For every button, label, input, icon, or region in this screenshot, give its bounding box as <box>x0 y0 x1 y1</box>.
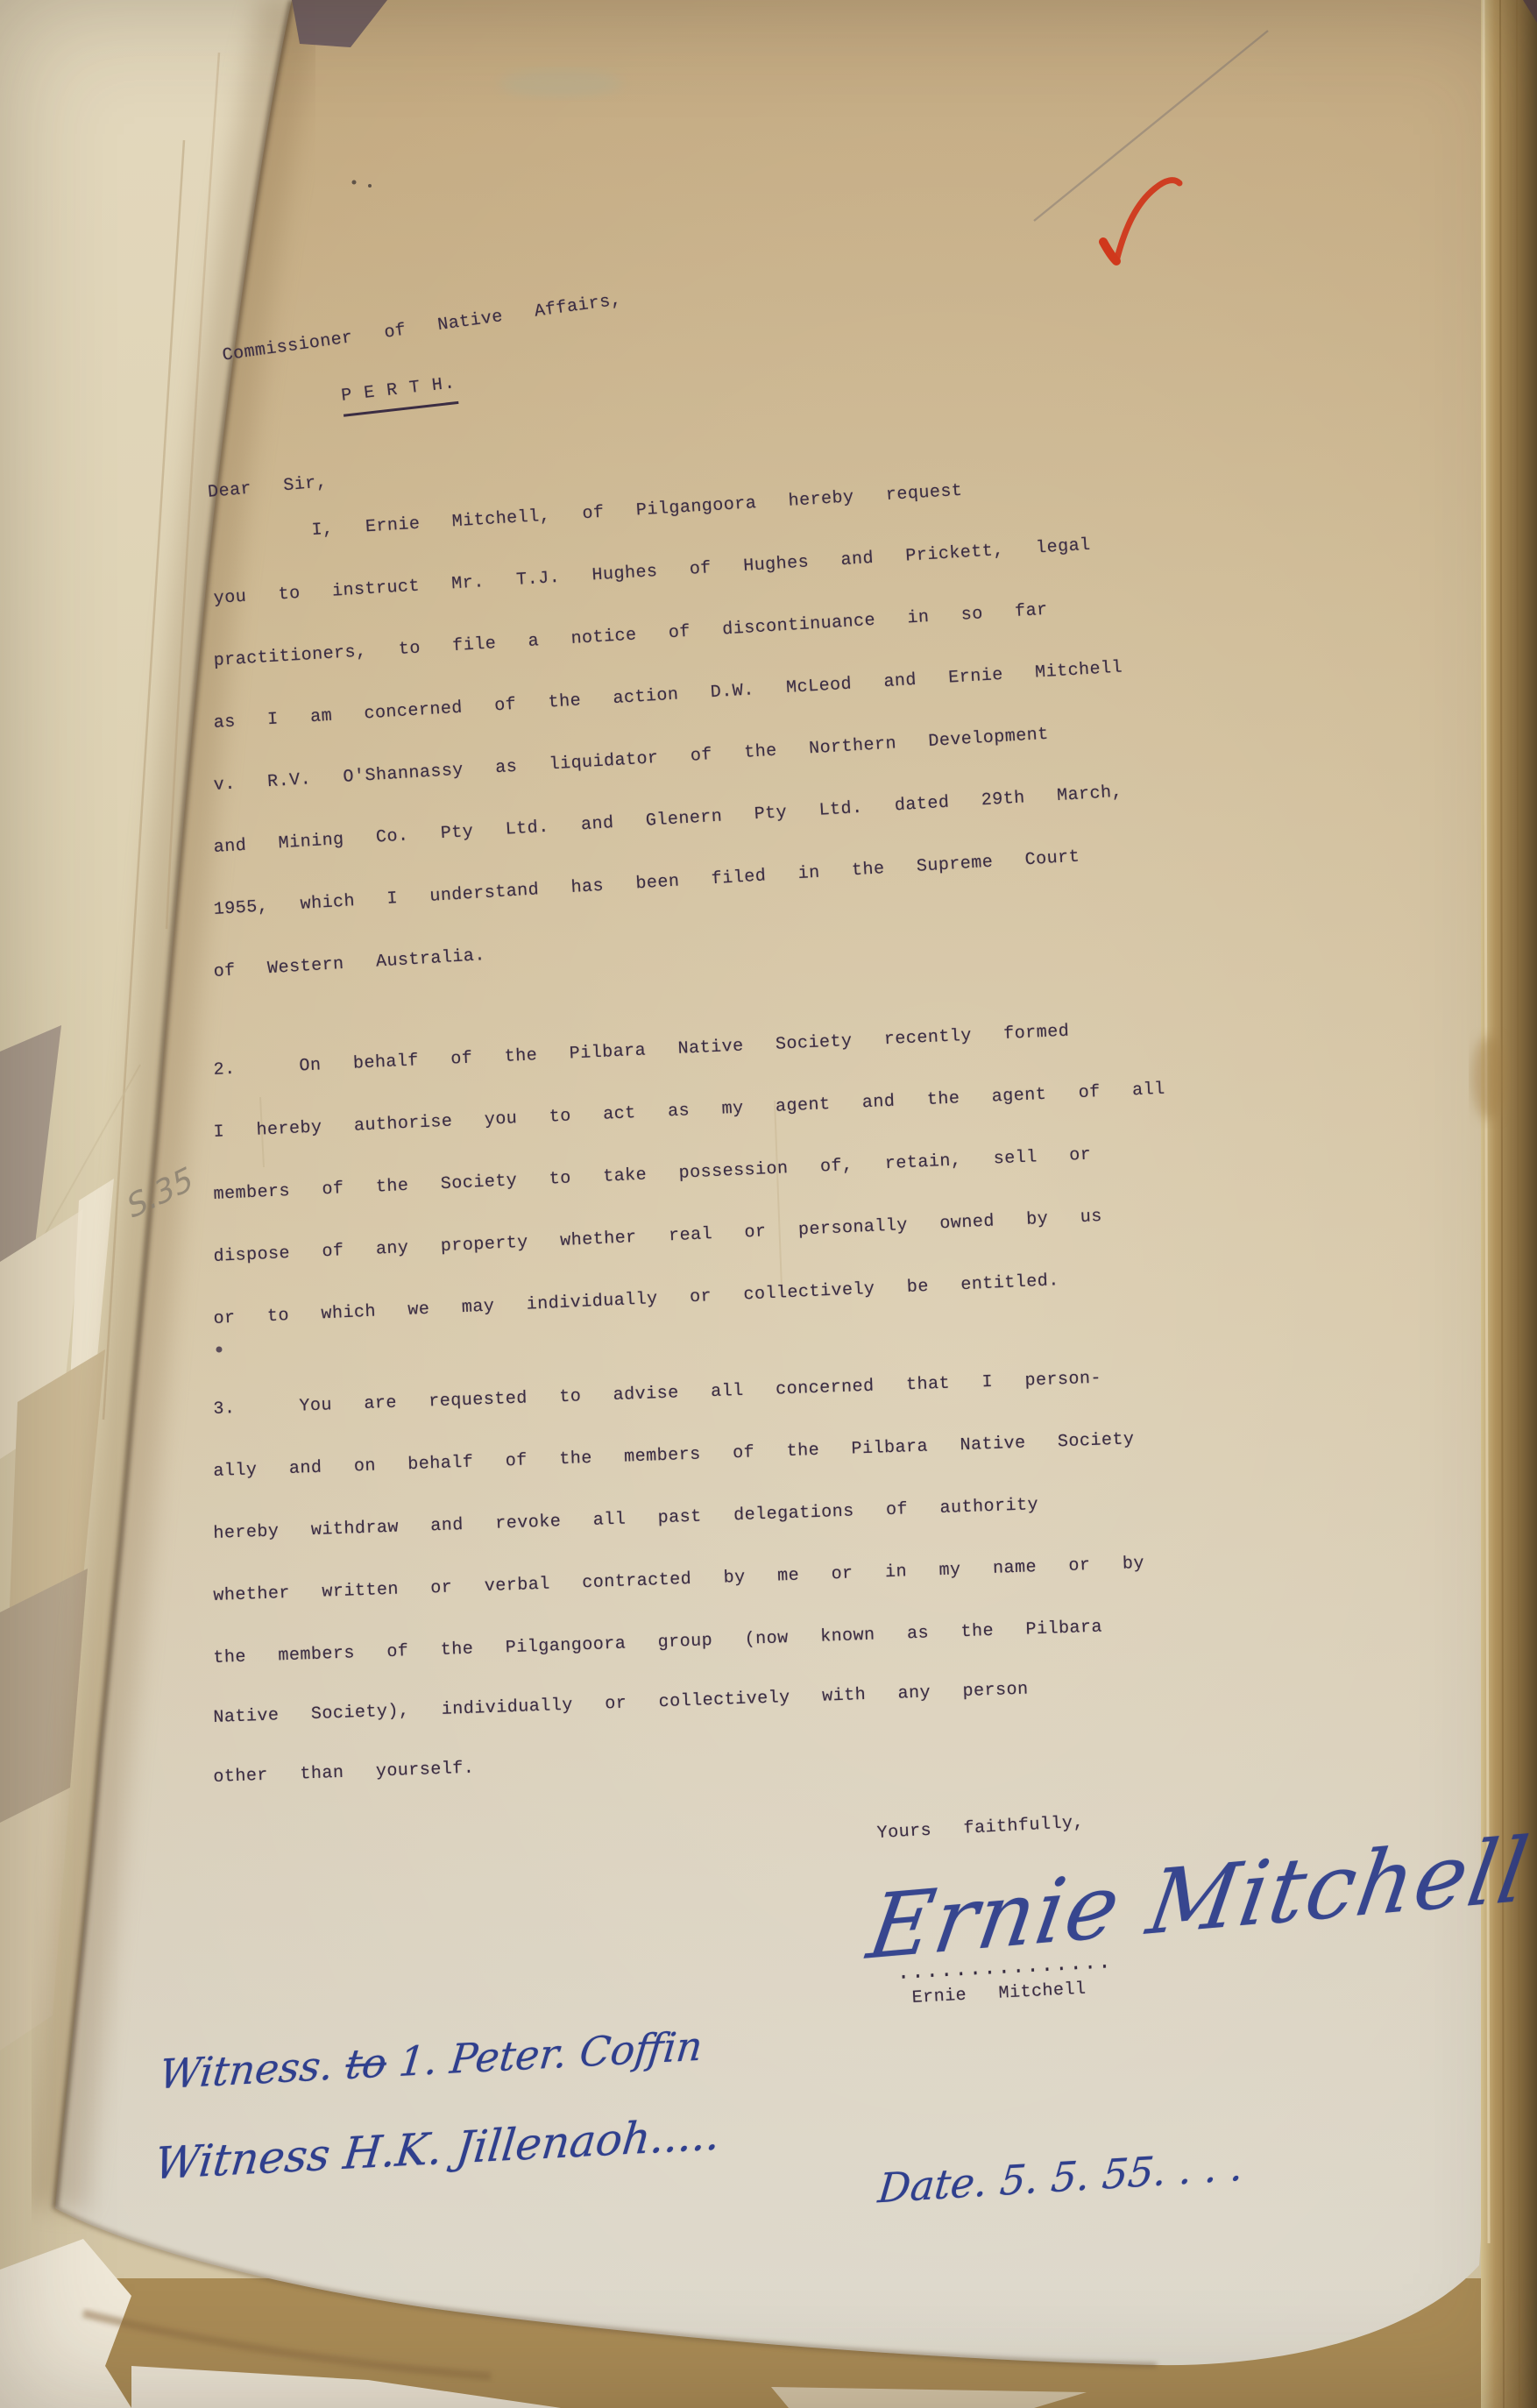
ink-speck-2 <box>368 184 372 188</box>
witness-1-struck-word: to <box>344 2038 389 2088</box>
right-margin-stain <box>1472 1036 1507 1120</box>
ink-speck-1 <box>352 181 357 185</box>
witness-1-prefix: Witness. <box>157 2041 348 2099</box>
stray-period <box>216 1347 223 1353</box>
scanned-letter-photo: Commissioner of Native Affairs, P E R T … <box>0 0 1537 2408</box>
teal-smudge <box>499 69 622 97</box>
